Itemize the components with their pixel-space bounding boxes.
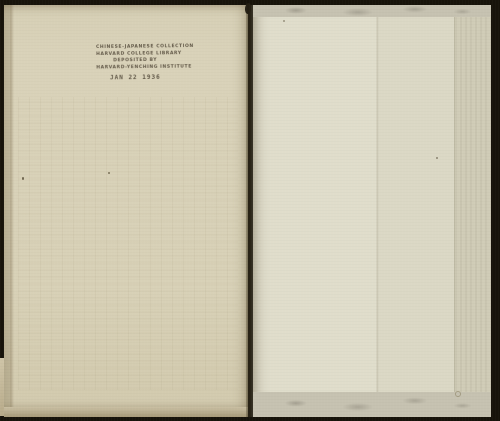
- right-page-fore-edge: [454, 17, 491, 392]
- showthrough-columns: [18, 97, 238, 390]
- right-page: [253, 5, 491, 417]
- paper-speck: [22, 177, 24, 180]
- library-stamp: CHINESE-JAPANESE COLLECTION HARVARD COLL…: [96, 43, 174, 81]
- paper-speck: [436, 157, 438, 159]
- paper-ring-mark: [455, 391, 461, 397]
- paper-speck: [283, 20, 285, 22]
- stamp-date: JAN 22 1936: [96, 73, 174, 81]
- stamp-line-institute: HARVARD-YENCHING INSTITUTE: [96, 63, 174, 71]
- left-page-bottom-edge: [4, 407, 248, 417]
- paper-speck: [108, 172, 110, 174]
- book-scan: CHINESE-JAPANESE COLLECTION HARVARD COLL…: [0, 0, 500, 421]
- right-page-top-edges: [253, 5, 491, 17]
